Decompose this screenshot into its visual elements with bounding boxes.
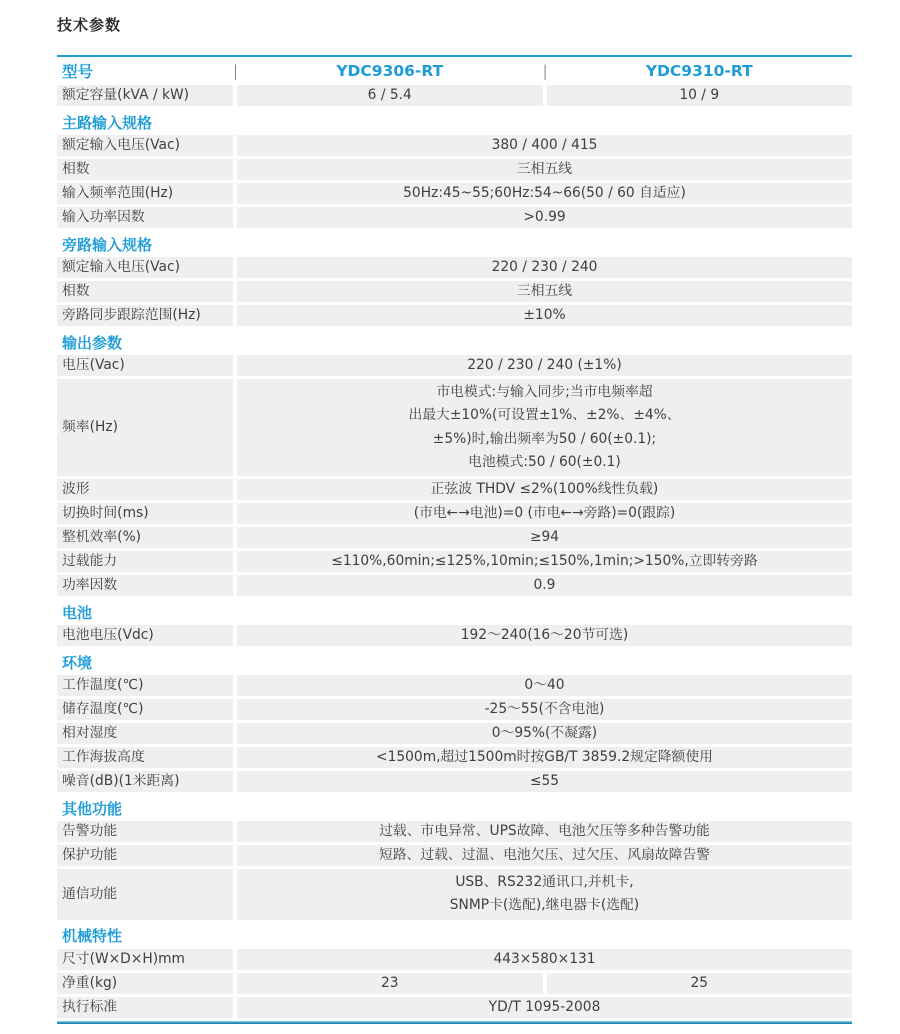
- table-row: 频率(Hz)市电模式:与输入同步;当市电频率超出最大±10%(可设置±1%、±2…: [57, 379, 852, 476]
- row-value: ≤110%,60min;≤125%,10min;≤150%,1min;>150%…: [237, 551, 852, 572]
- row-label: 额定容量(kVA / kW): [57, 85, 233, 106]
- row-value: YD/T 1095-2008: [237, 997, 852, 1018]
- row-value: ±10%: [237, 305, 852, 326]
- table-row: 相数三相五线: [57, 159, 852, 180]
- table-row: 尺寸(W×D×H)mm443×580×131: [57, 949, 852, 970]
- row-value: >0.99: [237, 207, 852, 228]
- row-value: USB、RS232通讯口,并机卡,SNMP卡(选配),继电器卡(选配): [237, 869, 852, 920]
- model-header-label: 型号: [57, 60, 233, 82]
- table-row: 工作海拔高度<1500m,超过1500m时按GB/T 3859.2规定降额使用: [57, 747, 852, 768]
- row-label: 功率因数: [57, 575, 233, 596]
- section-header: 主路输入规格: [57, 109, 852, 135]
- row-label: 波形: [57, 479, 233, 500]
- row-label: 噪音(dB)(1米距离): [57, 771, 233, 792]
- row-label: 电压(Vac): [57, 355, 233, 376]
- row-label: 整机效率(%): [57, 527, 233, 548]
- section-header: 输出参数: [57, 329, 852, 355]
- row-value: 380 / 400 / 415: [237, 135, 852, 156]
- table-row: 过载能力≤110%,60min;≤125%,10min;≤150%,1min;>…: [57, 551, 852, 572]
- row-value: 443×580×131: [237, 949, 852, 970]
- table-row: 通信功能USB、RS232通讯口,并机卡,SNMP卡(选配),继电器卡(选配): [57, 869, 852, 920]
- row-label: 保护功能: [57, 845, 233, 866]
- row-value: 0～40: [237, 675, 852, 696]
- row-value: 23: [237, 973, 543, 994]
- row-label: 输入频率范围(Hz): [57, 183, 233, 204]
- row-value: 192～240(16～20节可选): [237, 625, 852, 646]
- section-title: 环境: [57, 652, 92, 673]
- table-rows: 额定容量(kVA / kW)6 / 5.410 / 9主路输入规格额定输入电压(…: [57, 85, 852, 1018]
- row-label: 储存温度(℃): [57, 699, 233, 720]
- section-title: 旁路输入规格: [57, 234, 152, 255]
- row-value: 10 / 9: [547, 85, 853, 106]
- table-row: 执行标准YD/T 1095-2008: [57, 997, 852, 1018]
- row-label: 电池电压(Vdc): [57, 625, 233, 646]
- row-value: 25: [547, 973, 853, 994]
- row-label: 输入功率因数: [57, 207, 233, 228]
- spec-table: 型号 | YDC9306-RT | YDC9310-RT 额定容量(kVA / …: [57, 55, 852, 1024]
- row-value: 0.9: [237, 575, 852, 596]
- table-row: 功率因数0.9: [57, 575, 852, 596]
- spec-sheet-page: 技术参数 型号 | YDC9306-RT | YDC9310-RT 额定容量(k…: [0, 0, 900, 1034]
- table-row: 额定输入电压(Vac)220 / 230 / 240: [57, 257, 852, 278]
- section-header: 其他功能: [57, 795, 852, 821]
- row-label: 通信功能: [57, 869, 233, 920]
- row-label: 告警功能: [57, 821, 233, 842]
- row-label: 过载能力: [57, 551, 233, 572]
- table-row: 额定输入电压(Vac)380 / 400 / 415: [57, 135, 852, 156]
- row-label: 频率(Hz): [57, 379, 233, 476]
- row-label: 相对湿度: [57, 723, 233, 744]
- row-value: 过载、市电异常、UPS故障、电池欠压等多种告警功能: [237, 821, 852, 842]
- section-header: 旁路输入规格: [57, 231, 852, 257]
- table-row: 输入频率范围(Hz)50Hz:45~55;60Hz:54~66(50 / 60 …: [57, 183, 852, 204]
- row-label: 工作海拔高度: [57, 747, 233, 768]
- row-value: 0～95%(不凝露): [237, 723, 852, 744]
- section-title: 机械特性: [57, 925, 122, 946]
- row-value: (市电←→电池)=0 (市电←→旁路)=0(跟踪): [237, 503, 852, 524]
- row-label: 相数: [57, 159, 233, 180]
- row-value-line: 市电模式:与输入同步;当市电频率超: [436, 381, 652, 404]
- section-header: 环境: [57, 649, 852, 675]
- row-value-line: ±5%)时,输出频率为50 / 60(±0.1);: [433, 428, 656, 451]
- table-row: 电压(Vac)220 / 230 / 240 (±1%): [57, 355, 852, 376]
- row-label: 额定输入电压(Vac): [57, 257, 233, 278]
- row-label: 旁路同步跟踪范围(Hz): [57, 305, 233, 326]
- row-label: 额定输入电压(Vac): [57, 135, 233, 156]
- model-name-2: YDC9310-RT: [547, 62, 853, 80]
- table-header-row: 型号 | YDC9306-RT | YDC9310-RT: [57, 57, 852, 85]
- row-value: 三相五线: [237, 281, 852, 302]
- row-value-line: 出最大±10%(可设置±1%、±2%、±4%、: [408, 404, 680, 427]
- section-title: 其他功能: [57, 798, 122, 819]
- section-title: 输出参数: [57, 332, 122, 353]
- table-row: 旁路同步跟踪范围(Hz)±10%: [57, 305, 852, 326]
- table-row: 工作温度(℃)0～40: [57, 675, 852, 696]
- table-row: 保护功能短路、过载、过温、电池欠压、过欠压、风扇故障告警: [57, 845, 852, 866]
- section-header: 电池: [57, 599, 852, 625]
- table-row: 波形正弦波 THDV ≤2%(100%线性负载): [57, 479, 852, 500]
- page-title: 技术参数: [57, 14, 121, 35]
- table-row: 切换时间(ms)(市电←→电池)=0 (市电←→旁路)=0(跟踪): [57, 503, 852, 524]
- row-label: 切换时间(ms): [57, 503, 233, 524]
- row-value: 220 / 230 / 240 (±1%): [237, 355, 852, 376]
- table-row: 相对湿度0～95%(不凝露): [57, 723, 852, 744]
- row-label: 执行标准: [57, 997, 233, 1018]
- section-title: 主路输入规格: [57, 112, 152, 133]
- row-value-line: USB、RS232通讯口,并机卡,: [455, 871, 633, 894]
- section-header: 机械特性: [57, 923, 852, 949]
- row-label: 相数: [57, 281, 233, 302]
- table-row: 储存温度(℃)-25～55(不含电池): [57, 699, 852, 720]
- table-row: 相数三相五线: [57, 281, 852, 302]
- row-value: 市电模式:与输入同步;当市电频率超出最大±10%(可设置±1%、±2%、±4%、…: [237, 379, 852, 476]
- table-row: 电池电压(Vdc)192～240(16～20节可选): [57, 625, 852, 646]
- row-value: 220 / 230 / 240: [237, 257, 852, 278]
- table-bottom-rule: [57, 1021, 852, 1024]
- table-row: 噪音(dB)(1米距离)≤55: [57, 771, 852, 792]
- table-row: 输入功率因数>0.99: [57, 207, 852, 228]
- row-value-line: SNMP卡(选配),继电器卡(选配): [450, 894, 639, 917]
- row-label: 尺寸(W×D×H)mm: [57, 949, 233, 970]
- row-value: 50Hz:45~55;60Hz:54~66(50 / 60 自适应): [237, 183, 852, 204]
- table-row: 整机效率(%)≥94: [57, 527, 852, 548]
- table-row: 告警功能过载、市电异常、UPS故障、电池欠压等多种告警功能: [57, 821, 852, 842]
- row-value: 三相五线: [237, 159, 852, 180]
- table-row: 净重(kg)2325: [57, 973, 852, 994]
- row-value: ≤55: [237, 771, 852, 792]
- table-row: 额定容量(kVA / kW)6 / 5.410 / 9: [57, 85, 852, 106]
- row-value: <1500m,超过1500m时按GB/T 3859.2规定降额使用: [237, 747, 852, 768]
- row-value: -25～55(不含电池): [237, 699, 852, 720]
- row-label: 净重(kg): [57, 973, 233, 994]
- row-value: 6 / 5.4: [237, 85, 543, 106]
- row-value: 正弦波 THDV ≤2%(100%线性负载): [237, 479, 852, 500]
- row-label: 工作温度(℃): [57, 675, 233, 696]
- section-title: 电池: [57, 602, 92, 623]
- row-value: ≥94: [237, 527, 852, 548]
- row-value: 短路、过载、过温、电池欠压、过欠压、风扇故障告警: [237, 845, 852, 866]
- model-name-1: YDC9306-RT: [237, 62, 543, 80]
- row-value-line: 电池模式:50 / 60(±0.1): [468, 451, 621, 474]
